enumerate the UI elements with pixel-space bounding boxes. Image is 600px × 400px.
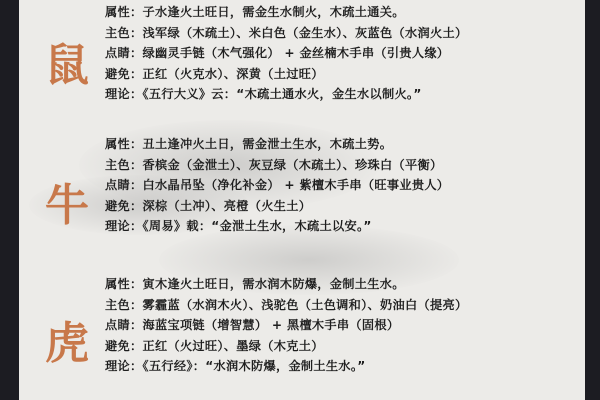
article-page: 鼠 属性：子水逢火土旺日，需金生水制火，木疏土通关。 主色：浅军绿（木疏土）、米… <box>19 0 585 400</box>
theory-line: 理论：《五行经》：“水润木防爆，金制土生水。” <box>105 356 575 377</box>
attribute-line: 属性：丑土逢冲火土日，需金泄土生水，木疏土势。 <box>105 134 575 155</box>
accent-line: 点睛：海蓝宝项链（增智慧） + 黑檀木手串（固根） <box>105 315 575 336</box>
main-color-line: 主色：浅军绿（木疏土）、米白色（金生水）、灰蓝色（水润火土） <box>105 23 575 44</box>
attribute-list: 属性：子水逢火土旺日，需金生水制火，木疏土通关。 主色：浅军绿（木疏土）、米白色… <box>105 2 575 105</box>
attribute-line: 属性：子水逢火土旺日，需金生水制火，木疏土通关。 <box>105 2 575 23</box>
avoid-line: 避免：深棕（土冲）、亮橙（火生土） <box>105 196 575 217</box>
accent-line: 点睛：绿幽灵手链（木气强化） + 金丝楠木手串（引贵人缘） <box>105 43 575 64</box>
avoid-line: 避免：正红（火克水）、深黄（土过旺） <box>105 64 575 85</box>
accent-line: 点睛：白水晶吊坠（净化补金） + 紫檀木手串（旺事业贵人） <box>105 175 575 196</box>
zodiac-title-tiger: 虎 <box>41 318 93 370</box>
zodiac-title-rat: 鼠 <box>41 40 93 92</box>
attribute-list: 属性：丑土逢冲火土日，需金泄土生水，木疏土势。 主色：香槟金（金泄土）、灰豆绿（… <box>105 134 575 237</box>
attribute-list: 属性：寅木逢火土旺日，需水润木防爆，金制土生水。 主色：雾霾蓝（水润木火）、浅驼… <box>105 274 575 377</box>
theory-line: 理论：《五行大义》云：“木疏土通水火，金生水以制火。” <box>105 84 575 105</box>
zodiac-title-ox: 牛 <box>41 180 93 232</box>
theory-line: 理论：《周易》载：“金泄土生水，木疏土以安。” <box>105 216 575 237</box>
main-color-line: 主色：香槟金（金泄土）、灰豆绿（木疏土）、珍珠白（平衡） <box>105 155 575 176</box>
avoid-line: 避免：正红（火过旺）、墨绿（木克土） <box>105 336 575 357</box>
attribute-line: 属性：寅木逢火土旺日，需水润木防爆，金制土生水。 <box>105 274 575 295</box>
main-color-line: 主色：雾霾蓝（水润木火）、浅驼色（土色调和）、奶油白（提亮） <box>105 295 565 316</box>
